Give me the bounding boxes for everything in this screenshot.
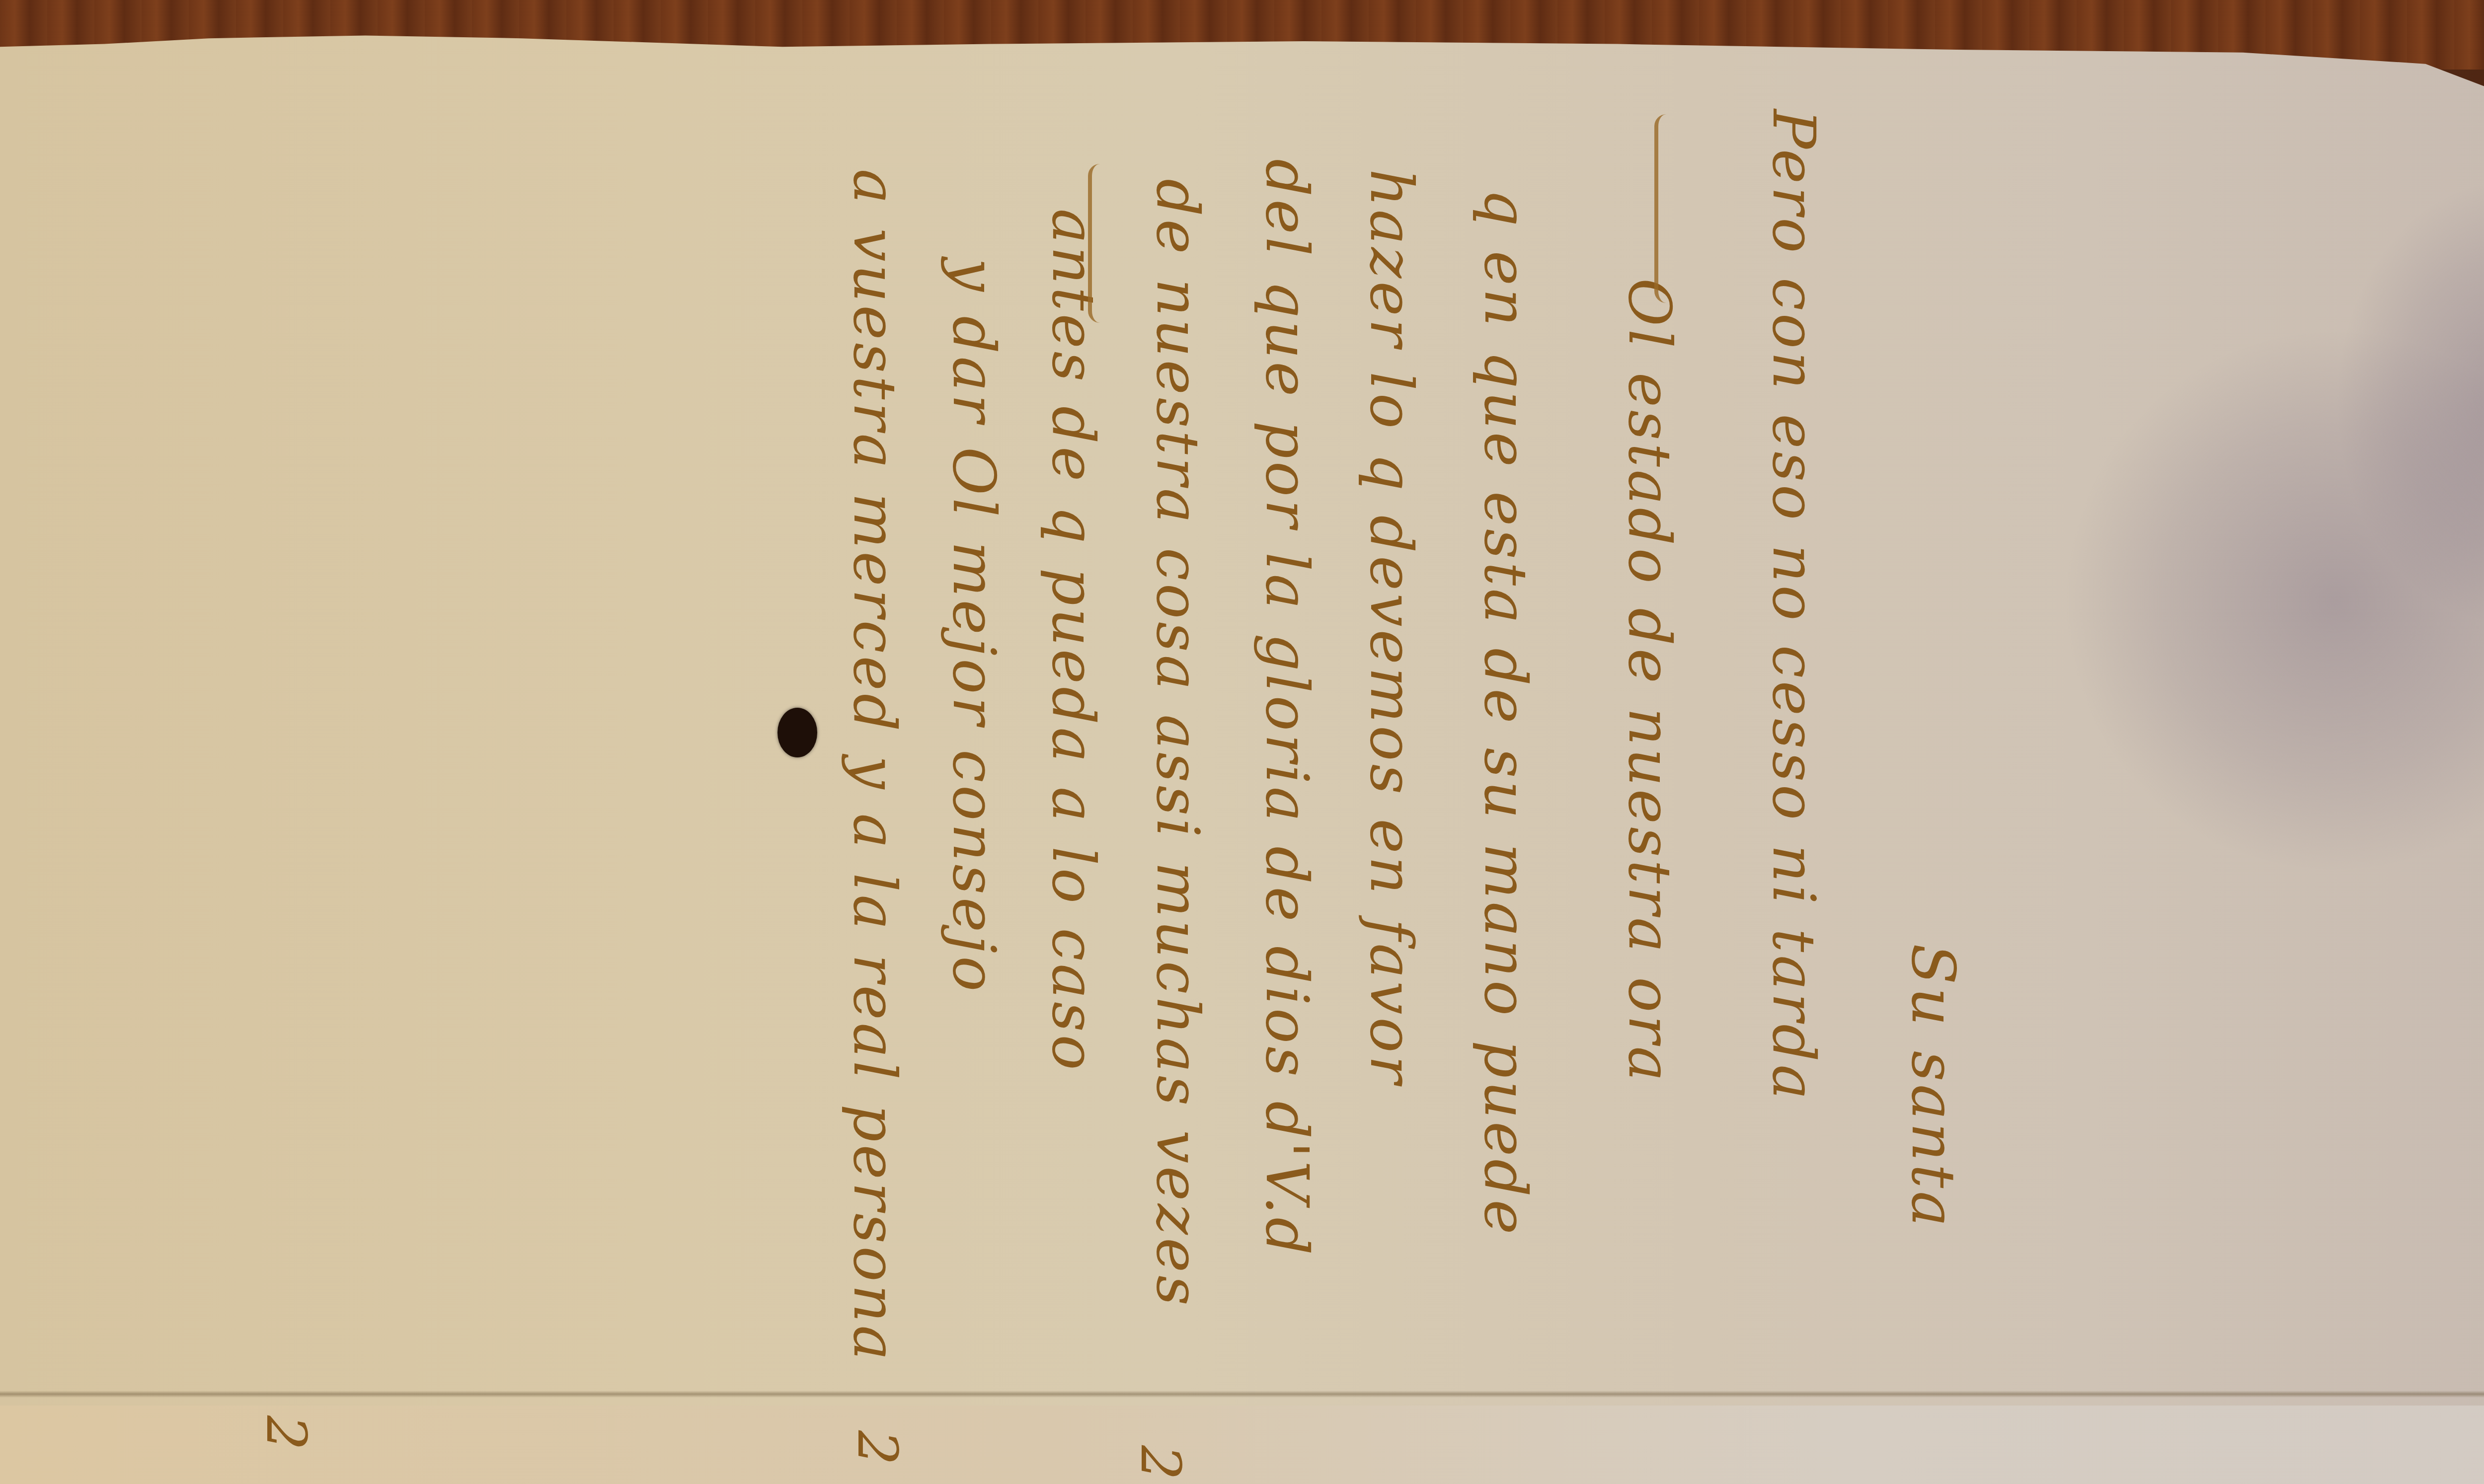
manuscript-line: Pero con eso no cesso ni tarda <box>1760 109 1828 1103</box>
margin-mark: 2 <box>846 1430 909 1465</box>
page-fold-line <box>0 1391 2484 1398</box>
margin-mark: 2 <box>254 1415 318 1450</box>
manuscript-line: de nuestra cosa assi muchas vezes <box>1144 179 1212 1309</box>
manuscript-line: q en que esta de su mano puede <box>1472 189 1540 1237</box>
manuscript-page <box>0 30 2484 1450</box>
manuscript-line: hazer lo q devemos en favor <box>1357 169 1426 1087</box>
ink-flourish <box>1654 114 1678 303</box>
underlying-sheet <box>0 1406 2484 1484</box>
manuscript-line: antes de q pueda a lo caso <box>1039 209 1108 1073</box>
photo-scene: Su santa Pero con eso no cesso ni tarda … <box>0 0 2484 1484</box>
margin-mark: 2 <box>1129 1445 1192 1480</box>
manuscript-heading: Su santa <box>1898 944 1967 1230</box>
ink-flourish <box>1088 164 1112 323</box>
ink-stain <box>2335 179 2484 626</box>
manuscript-line: del que por la gloria de dios d'V.d <box>1253 159 1321 1258</box>
manuscript-line: Ol estado de nuestra ora <box>1616 278 1684 1084</box>
worm-hole <box>777 708 817 757</box>
manuscript-line: a vuestra merced y a la real persona <box>841 169 909 1363</box>
manuscript-line: y dar Ol mejor consejo <box>940 258 1009 994</box>
ink-stain <box>2062 328 2484 874</box>
